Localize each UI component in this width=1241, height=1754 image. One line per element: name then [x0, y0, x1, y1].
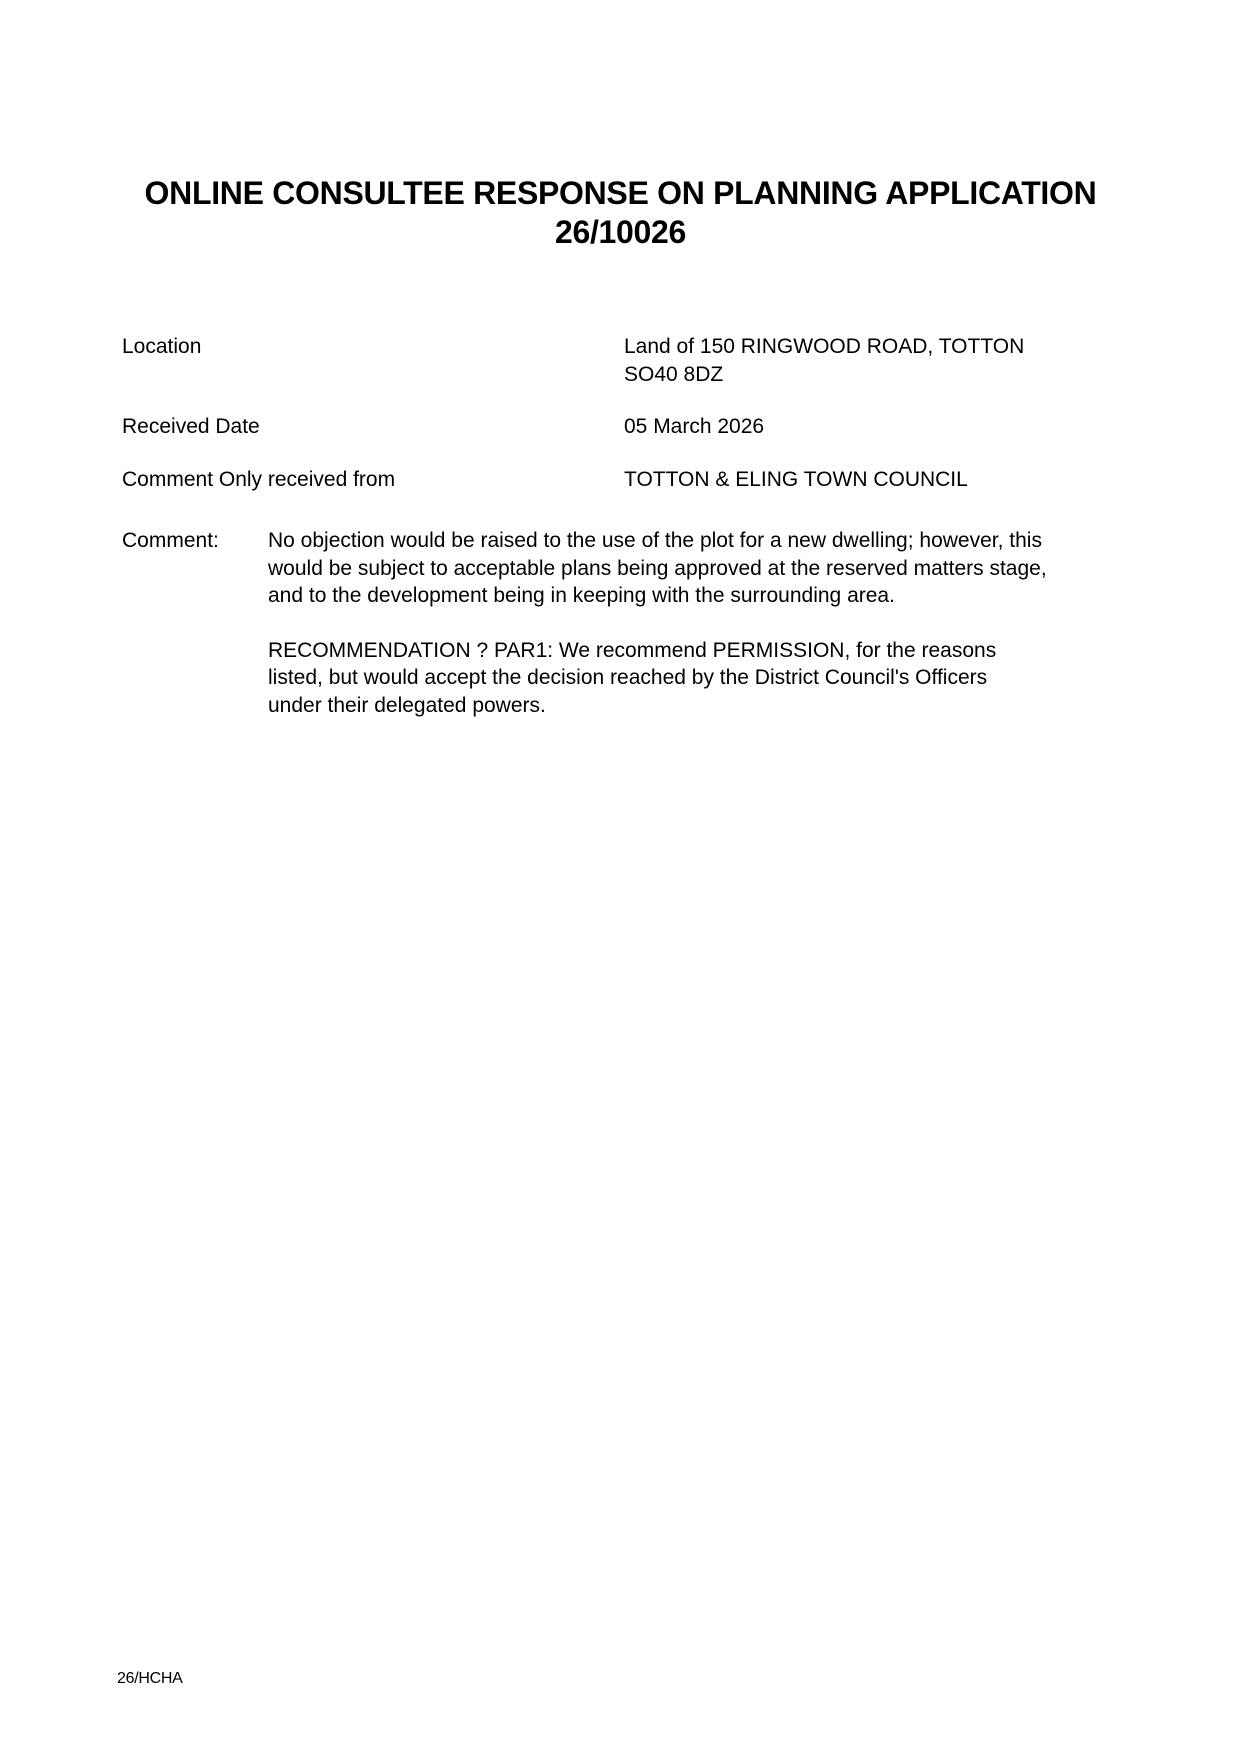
- comment-label: Comment:: [122, 527, 219, 555]
- comment-line: would be subject to acceptable plans bei…: [268, 555, 1138, 583]
- received-from-value: TOTTON & ELING TOWN COUNCIL: [624, 466, 1104, 494]
- comment-line: No objection would be raised to the use …: [268, 527, 1138, 555]
- footer-reference: 26/HCHA: [117, 1670, 182, 1688]
- comment-line: under their delegated powers.: [268, 692, 1138, 720]
- document-title: ONLINE CONSULTEE RESPONSE ON PLANNING AP…: [0, 174, 1241, 252]
- comment-line: and to the development being in keeping …: [268, 582, 1138, 610]
- title-line-1: ONLINE CONSULTEE RESPONSE ON PLANNING AP…: [0, 174, 1241, 213]
- comment-line: RECOMMENDATION ? PAR1: We recommend PERM…: [268, 637, 1138, 665]
- comment-line: listed, but would accept the decision re…: [268, 664, 1138, 692]
- comment-body: No objection would be raised to the use …: [268, 527, 1138, 746]
- location-postcode: SO40 8DZ: [624, 361, 1104, 389]
- comment-paragraph-1: No objection would be raised to the use …: [268, 527, 1138, 610]
- received-date-label: Received Date: [122, 413, 260, 441]
- comment-paragraph-2: RECOMMENDATION ? PAR1: We recommend PERM…: [268, 637, 1138, 720]
- location-address: Land of 150 RINGWOOD ROAD, TOTTON: [624, 333, 1104, 361]
- received-from-label: Comment Only received from: [122, 466, 395, 494]
- location-label: Location: [122, 333, 201, 361]
- received-date-value: 05 March 2026: [624, 413, 1104, 441]
- application-number: 26/10026: [0, 213, 1241, 252]
- location-value: Land of 150 RINGWOOD ROAD, TOTTON SO40 8…: [624, 333, 1104, 389]
